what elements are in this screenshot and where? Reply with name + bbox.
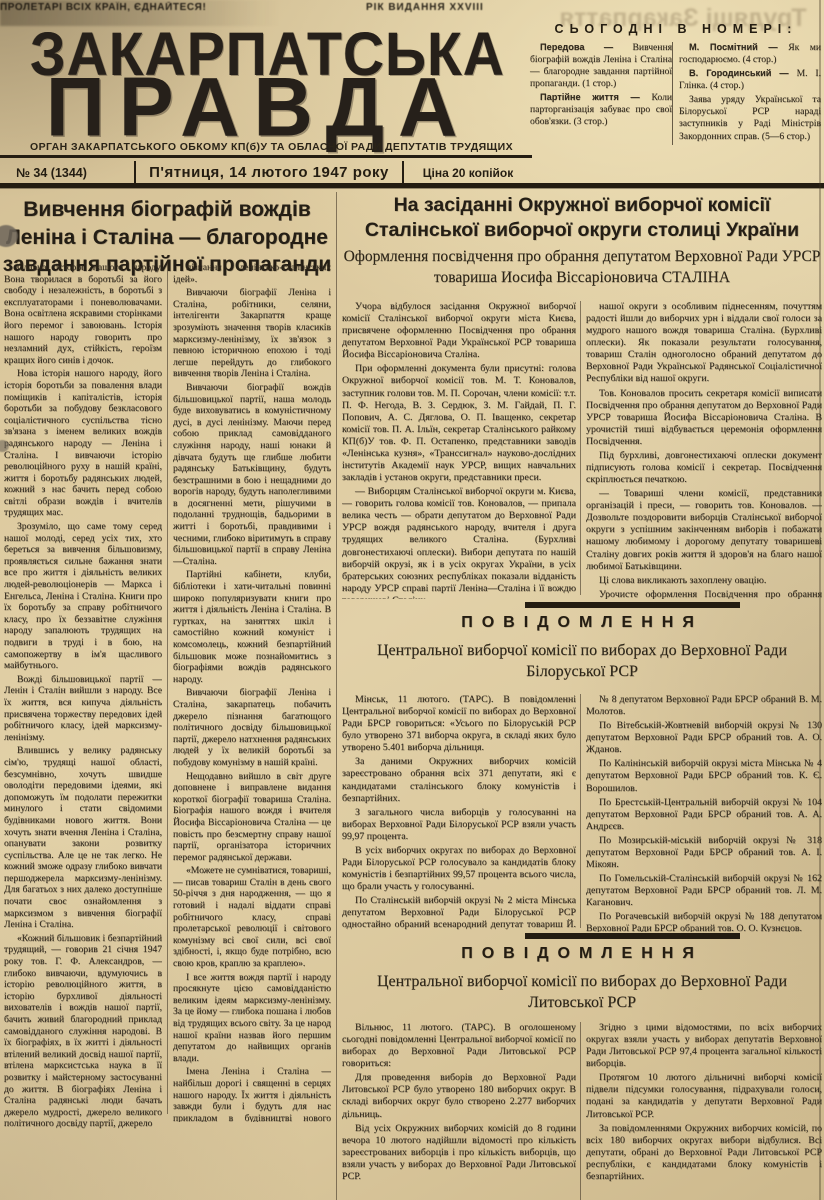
body-paragraph: Вивчаючи біографії Леніна і Сталіна, зак… <box>173 687 331 768</box>
today-item: Передова — Вивчення біографій вождів Лен… <box>530 42 672 90</box>
lithuania-report-subtitle: Центральної виборчої комісії по виборах … <box>352 971 812 1013</box>
page-edge-shadow <box>819 0 821 1200</box>
body-paragraph: По Гомельській-Сталінській виборчій окру… <box>586 873 822 909</box>
today-in-issue-header: СЬОГОДНІ В НОМЕРІ: <box>530 22 822 36</box>
body-paragraph: По Сталінській виборчій окрузі № 2 міста… <box>342 895 576 932</box>
lead-article-column-1: Славна історія нашого народу. Вона твори… <box>4 262 162 1142</box>
body-paragraph: По Брестській-Центральній виборчій окруз… <box>586 797 822 833</box>
belarus-report-title: ПОВІДОМЛЕННЯ <box>342 614 822 632</box>
stalin-article-subhead: Оформлення посвідчення про обрання депут… <box>342 247 822 289</box>
today-in-issue-box: СЬОГОДНІ В НОМЕРІ: Передова — Вивчення б… <box>530 20 822 180</box>
today-item: В. Городинський — М. І. Глінка. (4 стор.… <box>679 68 821 92</box>
lithuania-report-title: ПОВІДОМЛЕННЯ <box>342 945 822 963</box>
body-paragraph: «Кожний більшовик і безпартійний трудящи… <box>4 933 162 1130</box>
lead-article-column-2: пізнання ленінсько-сталінських ідей».Вив… <box>173 262 331 1122</box>
body-paragraph: Зрозуміло, що саме тому серед нашої моло… <box>4 521 162 672</box>
lithuania-report-column-divider <box>580 1022 581 1200</box>
body-paragraph: Ці слова викликають захоплену овацію. <box>586 575 822 587</box>
belarus-report-column-divider <box>580 694 581 928</box>
body-paragraph: — Виборцям Сталінської виборчої округи м… <box>342 486 576 599</box>
proletarian-slogan: ПРОЛЕТАРІ ВСІХ КРАЇН, ЄДНАЙТЕСЯ! <box>0 2 255 13</box>
belarus-report-subtitle: Центральної виборчої комісії по виборах … <box>352 640 812 682</box>
body-paragraph: Протягом 10 лютого дільничні виборчі ком… <box>586 1072 822 1120</box>
edition-year: РІК ВИДАННЯ XXVIII <box>366 2 484 13</box>
organ-line: ОРГАН ЗАКАРПАТСЬКОГО ОБКОМУ КП(б)У ТА ОБ… <box>30 141 532 153</box>
body-paragraph: Влившись у велику радянську сім'ю, трудя… <box>4 745 162 931</box>
body-paragraph: В усіх виборчих округах по виборах до Ве… <box>342 845 576 893</box>
body-paragraph: Урочисте оформлення Посвідчення про обра… <box>586 589 822 599</box>
body-paragraph: Вивчаючи біографії вождів більшовицької … <box>173 382 331 568</box>
lithuania-report-column-1: Вільнюс, 11 лютого. (ТАРС). В оголошеном… <box>342 1022 576 1198</box>
issue-date: П'ятниця, 14 лютого 1947 року <box>136 164 402 181</box>
newspaper-front-page: ПРОЛЕТАРІ ВСІХ КРАЇН, ЄДНАЙТЕСЯ! РІК ВИД… <box>0 0 824 1200</box>
body-paragraph: З загального числа виборців у голосуванн… <box>342 807 576 843</box>
body-paragraph: Славна історія нашого народу. Вона твори… <box>4 262 162 366</box>
body-paragraph: Від усіх Окружних виборчих комісій до 8 … <box>342 1123 576 1183</box>
body-paragraph: нашої округи з особливим піднесенням, по… <box>586 301 822 386</box>
body-paragraph: Вожді більшовицької партії — Ленін і Ста… <box>4 674 162 744</box>
today-left-column: Передова — Вивчення біографій вождів Лен… <box>530 42 672 145</box>
body-paragraph: пізнання ленінсько-сталінських ідей». <box>173 262 331 285</box>
body-paragraph: При оформленні документа були присутні: … <box>342 363 576 484</box>
belarus-report-column-2: № 8 депутатом Верховної Ради БРСР обрани… <box>586 694 822 932</box>
body-paragraph: Нещодавно вийшло в світ друге доповнене … <box>173 771 331 864</box>
body-paragraph: По Рогачевській виборчій окрузі № 188 де… <box>586 911 822 932</box>
issue-number: № 34 (1344) <box>0 166 134 180</box>
stalin-article-column-1: Учора відбулося засідання Окружної вибор… <box>342 301 576 599</box>
body-paragraph: — Товариші члени комісії, представники о… <box>586 488 822 573</box>
section-rule <box>525 933 740 939</box>
lead-article-column-divider <box>167 262 168 1114</box>
today-item: М. Посмітний — Як ми господарюємо. (4 ст… <box>679 42 821 66</box>
lithuania-report-column-2: Згідно з цими відомостями, по всіх вибор… <box>586 1022 822 1198</box>
body-paragraph: Згідно з цими відомостями, по всіх вибор… <box>586 1022 822 1070</box>
today-right-column: М. Посмітний — Як ми господарюємо. (4 ст… <box>672 42 821 145</box>
body-paragraph: Вільнюс, 11 лютого. (ТАРС). В оголошеном… <box>342 1022 576 1070</box>
body-paragraph: Тов. Коновалов просить секретаря комісії… <box>586 388 822 448</box>
body-paragraph: І все життя вождя партії і народу просяк… <box>173 972 331 1065</box>
main-column-divider <box>336 192 337 1200</box>
masthead-title-line2: ПРАВДА <box>46 66 546 150</box>
body-paragraph: За даними Окружних виборчих комісій заре… <box>342 756 576 804</box>
belarus-report-column-1: Мінськ, 11 лютого. (ТАРС). В повідомленн… <box>342 694 576 932</box>
section-rule <box>525 602 740 608</box>
body-paragraph: За повідомленнями Окружних виборчих комі… <box>586 1123 822 1183</box>
body-paragraph: Для проведення виборів до Верховної Ради… <box>342 1072 576 1120</box>
body-paragraph: По Вітебській-Жовтневій виборчій окрузі … <box>586 720 822 756</box>
today-item: Заява уряду Української та Білоруської Р… <box>679 94 821 142</box>
today-item: Партійне життя — Коли парторганізація за… <box>530 92 672 128</box>
body-paragraph: Імена Леніна і Сталіна — найбільш дорогі… <box>173 1066 331 1122</box>
body-paragraph: Учора відбулося засідання Окружної вибор… <box>342 301 576 361</box>
thick-horizontal-rule <box>0 183 824 188</box>
stalin-article-headline: На засіданні Окружної виборчої комісії С… <box>342 193 822 244</box>
body-paragraph: Під бурхливі, довгонестихаючі оплески до… <box>586 450 822 486</box>
stalin-article-column-divider <box>580 301 581 595</box>
body-paragraph: № 8 депутатом Верховної Ради БРСР обрани… <box>586 694 822 718</box>
body-paragraph: По Калінінській виборчій окрузі міста Мі… <box>586 758 822 794</box>
stalin-article-column-2: нашої округи з особливим піднесенням, по… <box>586 301 822 599</box>
body-paragraph: «Можете не сумніватися, товариші, — писа… <box>173 865 331 969</box>
issue-price: Ціна 20 копійок <box>404 166 532 180</box>
body-paragraph: Мінськ, 11 лютого. (ТАРС). В повідомленн… <box>342 694 576 754</box>
body-paragraph: Нова історія нашого народу, його історія… <box>4 368 162 519</box>
body-paragraph: Партійні кабінети, клуби, бібліотеки і х… <box>173 569 331 685</box>
body-paragraph: По Мозирській-міській виборчій окрузі № … <box>586 835 822 871</box>
body-paragraph: Вивчаючи біографії Леніна і Сталіна, роб… <box>173 287 331 380</box>
